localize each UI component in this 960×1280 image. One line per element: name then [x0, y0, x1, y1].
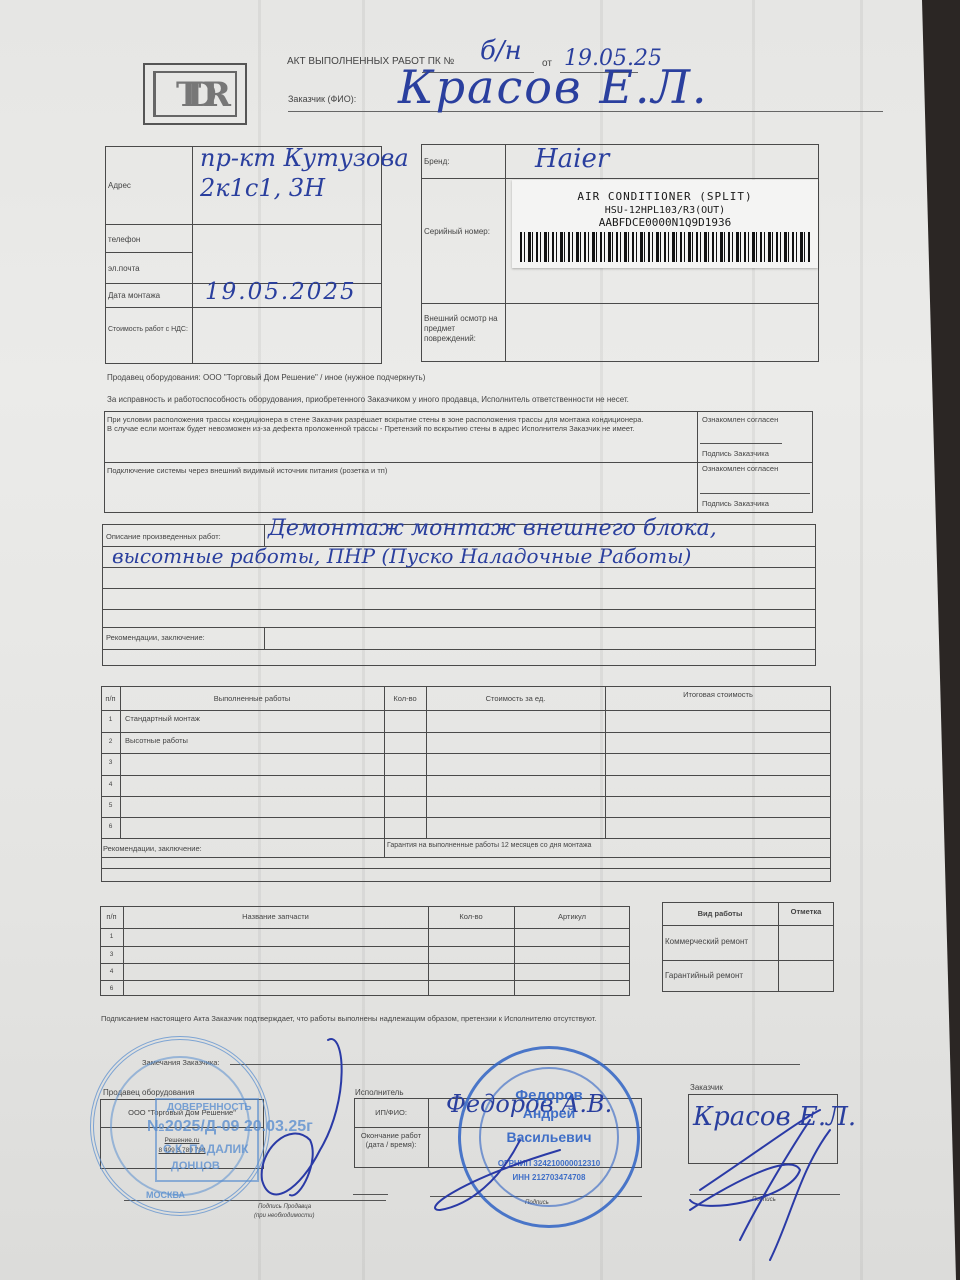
document-paper: TDR АКТ ВЫПОЛНЕННЫХ РАБОТ ПК № б/н от 19…: [0, 0, 960, 1280]
handwritten-signatures: [0, 0, 960, 1280]
